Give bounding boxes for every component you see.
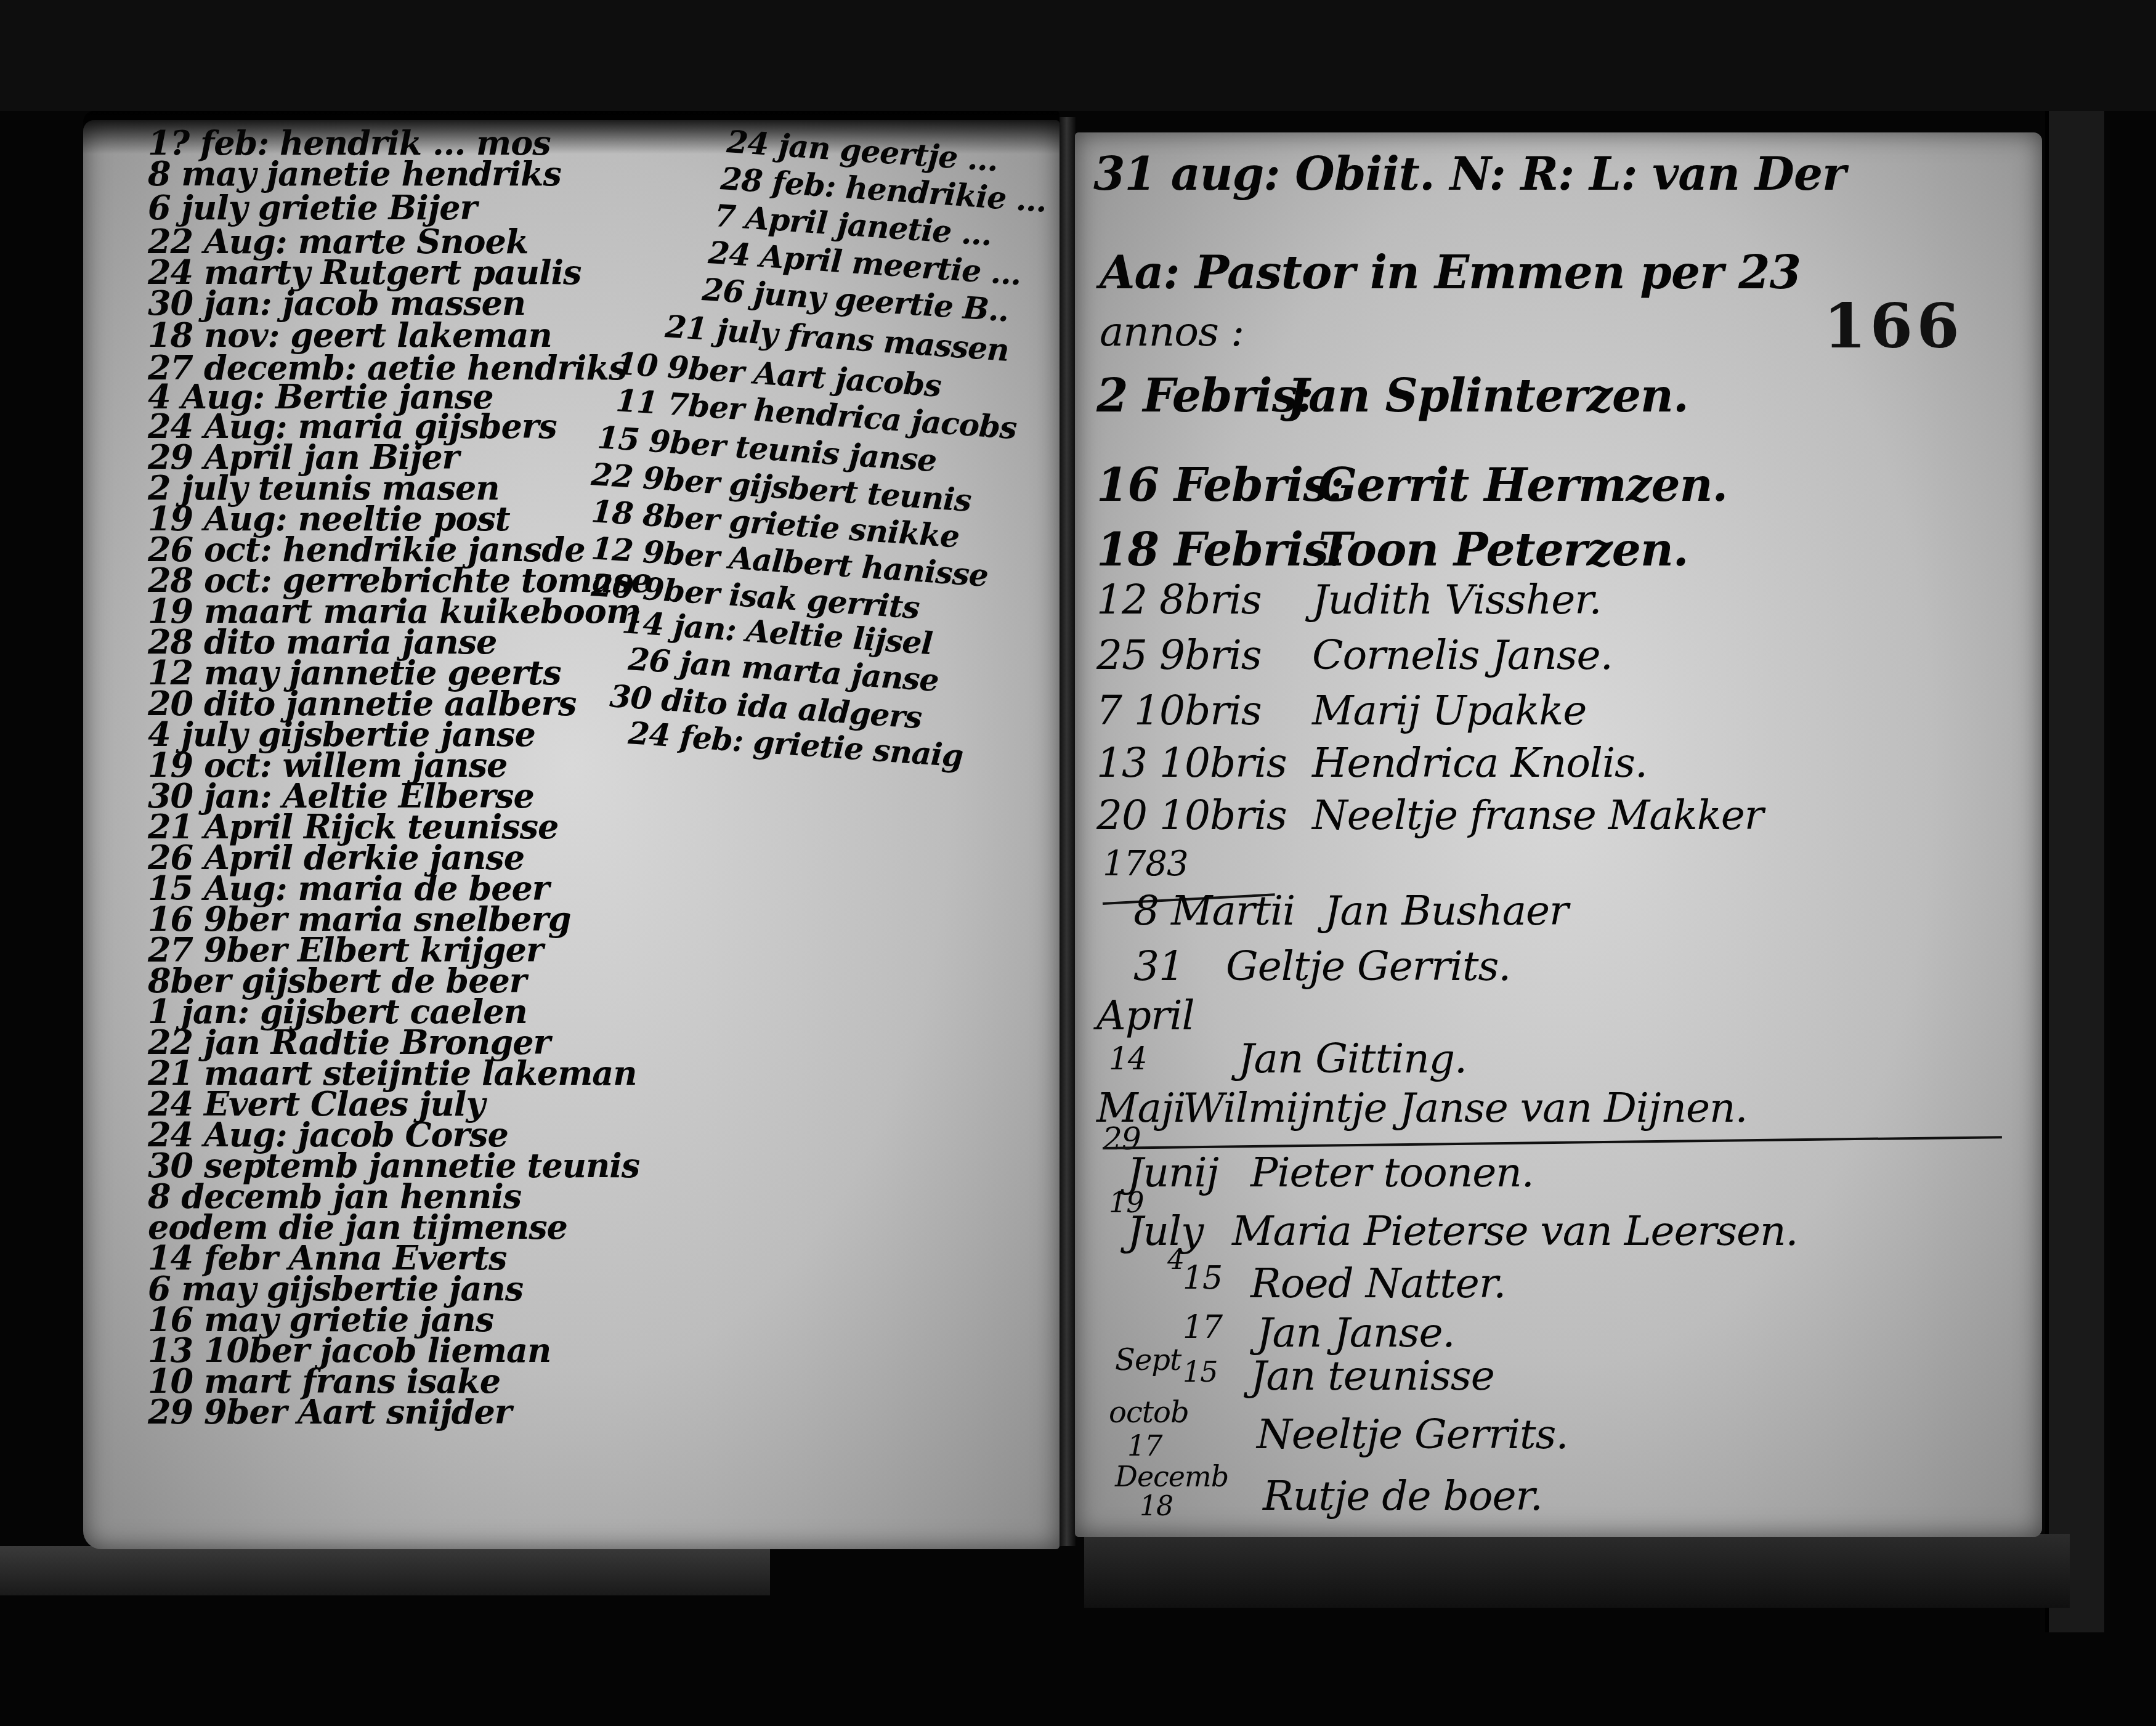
- entry-date: 12 8bris: [1096, 576, 1262, 623]
- header-line: 31 aug: Obiit. N: R: L: van Der: [1093, 148, 1846, 201]
- entry-month: April: [1096, 992, 1194, 1039]
- page-number: 166: [1823, 290, 1963, 362]
- entry-date: 17: [1183, 1309, 1222, 1346]
- entry-name: Wilmijntje Janse van Dijnen.: [1183, 1084, 1747, 1132]
- entry-name: Hendrica Knolis.: [1312, 739, 1647, 787]
- header-line: annos :: [1100, 308, 1244, 355]
- entry-date: 8 Martii: [1133, 887, 1295, 934]
- entry-date: 2 Febris:: [1096, 370, 1313, 423]
- entry-name: Rutje de boer.: [1263, 1472, 1542, 1520]
- entry-name: Pieter toonen.: [1250, 1149, 1534, 1196]
- entry-name: Jan Splinterzen.: [1287, 370, 1688, 423]
- entry-name: Gerrit Hermzen.: [1318, 459, 1727, 512]
- entry-date: 18: [1140, 1491, 1173, 1522]
- book-edge-right: [2045, 111, 2104, 1632]
- entry-name: Neeltje Gerrits.: [1257, 1411, 1568, 1458]
- book-cover-bottom-right: [1084, 1534, 2070, 1608]
- entry-date: 7 10bris: [1096, 687, 1262, 734]
- entry-date: 20 10bris: [1096, 792, 1287, 839]
- entry-date: 17: [1127, 1429, 1162, 1462]
- entry-name: Jan teunisse: [1250, 1352, 1494, 1400]
- entry-name: Roed Natter.: [1250, 1260, 1506, 1307]
- entry-name: Jan Gitting.: [1238, 1035, 1467, 1082]
- entry-date: 16 Febris:: [1096, 459, 1344, 512]
- entry-date: 15: [1183, 1260, 1222, 1297]
- entry-month: Decemb: [1115, 1460, 1228, 1493]
- entry-date: 15: [1183, 1355, 1218, 1388]
- entry-month: Sept: [1115, 1343, 1181, 1377]
- entry-date: 18 Febris:: [1096, 524, 1344, 577]
- year-heading: 1783: [1103, 844, 1188, 884]
- entry-date: 14: [1109, 1041, 1147, 1077]
- entry-date: 13 10bris: [1096, 739, 1287, 787]
- entry-month: octob: [1109, 1395, 1189, 1430]
- book-cover-bottom-left: [0, 1546, 770, 1595]
- entry-name: Neeltje franse Makker: [1312, 792, 1763, 839]
- entry-name: Jan Bushaer: [1324, 887, 1568, 934]
- book-spine: [1060, 117, 1076, 1546]
- header-line: Aa: Pastor in Emmen per 23: [1100, 246, 1801, 299]
- entry-name: Maria Pieterse van Leersen.: [1232, 1207, 1798, 1255]
- entry-name: Judith Vissher.: [1312, 576, 1602, 623]
- entry-name: Cornelis Janse.: [1312, 631, 1613, 679]
- entry-date: 31: [1133, 942, 1184, 990]
- entry-name: Geltje Gerrits.: [1226, 942, 1510, 990]
- register-entry: 29 9ber Aart snijder: [148, 1392, 511, 1432]
- scanner-background: [0, 0, 2156, 111]
- entry-date: 25 9bris: [1096, 631, 1262, 679]
- entry-name: Jan Janse.: [1257, 1309, 1455, 1356]
- entry-name: Toon Peterzen.: [1318, 524, 1688, 577]
- entry-month: July: [1127, 1207, 1203, 1255]
- entry-name: Marij Upakke: [1312, 687, 1586, 734]
- entry-date: 4: [1167, 1244, 1184, 1276]
